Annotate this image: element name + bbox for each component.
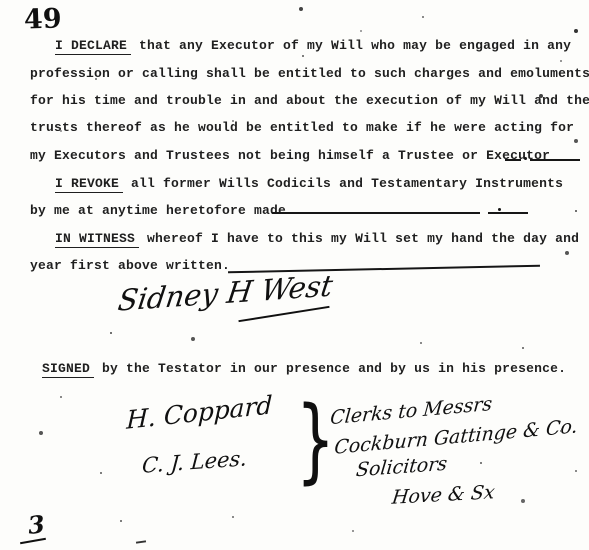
in-witness-lead: IN WITNESS (55, 231, 139, 248)
declare-line-2: profession or calling shall be entitled … (30, 66, 586, 81)
witness-brace: } (296, 388, 335, 495)
page-number-bottom: 3 (27, 509, 47, 540)
fill-dot (524, 157, 527, 160)
in-witness-line-1-text: whereof I have to this my Will set my ha… (147, 231, 579, 246)
signed-clause-line: SIGNED by the Testator in our presence a… (42, 361, 589, 376)
revoke-line-1: I REVOKE all former Wills Codicils and T… (30, 176, 589, 191)
signed-lead: SIGNED (42, 361, 94, 378)
witness-note-line-4: Hove & Sx (391, 481, 496, 509)
revoke-line-2: by me at anytime heretofore made (30, 203, 586, 218)
witness-signature-1: H. Coppard (126, 390, 273, 435)
in-witness-line-1: IN WITNESS whereof I have to this my Wil… (30, 231, 589, 246)
revoke-line-1-text: all former Wills Codicils and Testamenta… (131, 176, 563, 191)
declare-line-4: trusts thereof as he would be entitled t… (30, 120, 586, 135)
fill-dash (530, 159, 580, 161)
scan-noise-dash (136, 540, 146, 543)
declare-line-5: my Executors and Trustees not being hims… (30, 148, 586, 163)
declare-lead: I DECLARE (55, 38, 131, 55)
declare-line-1-text: that any Executor of my Will who may be … (139, 38, 571, 53)
fill-dash (488, 212, 528, 214)
witness-signature-2: C. J. Lees. (141, 446, 247, 478)
fill-dot (498, 208, 501, 211)
fill-dash (505, 159, 521, 161)
page-number-top: 49 (23, 3, 62, 35)
signature-flourish (238, 306, 329, 322)
signed-clause-text: by the Testator in our presence and by u… (102, 361, 566, 376)
witness-note-line-3: Solicitors (355, 453, 448, 482)
witness-note-line-1: Clerks to Messrs (329, 393, 493, 429)
will-document-page: 49 I DECLARE that any Executor of my Wil… (0, 0, 589, 550)
fill-dash (272, 212, 480, 214)
declare-line-3: for his time and trouble in and about th… (30, 93, 586, 108)
revoke-lead: I REVOKE (55, 176, 123, 193)
scan-noise-speckles (0, 0, 2, 2)
declare-line-1: I DECLARE that any Executor of my Will w… (30, 38, 589, 53)
